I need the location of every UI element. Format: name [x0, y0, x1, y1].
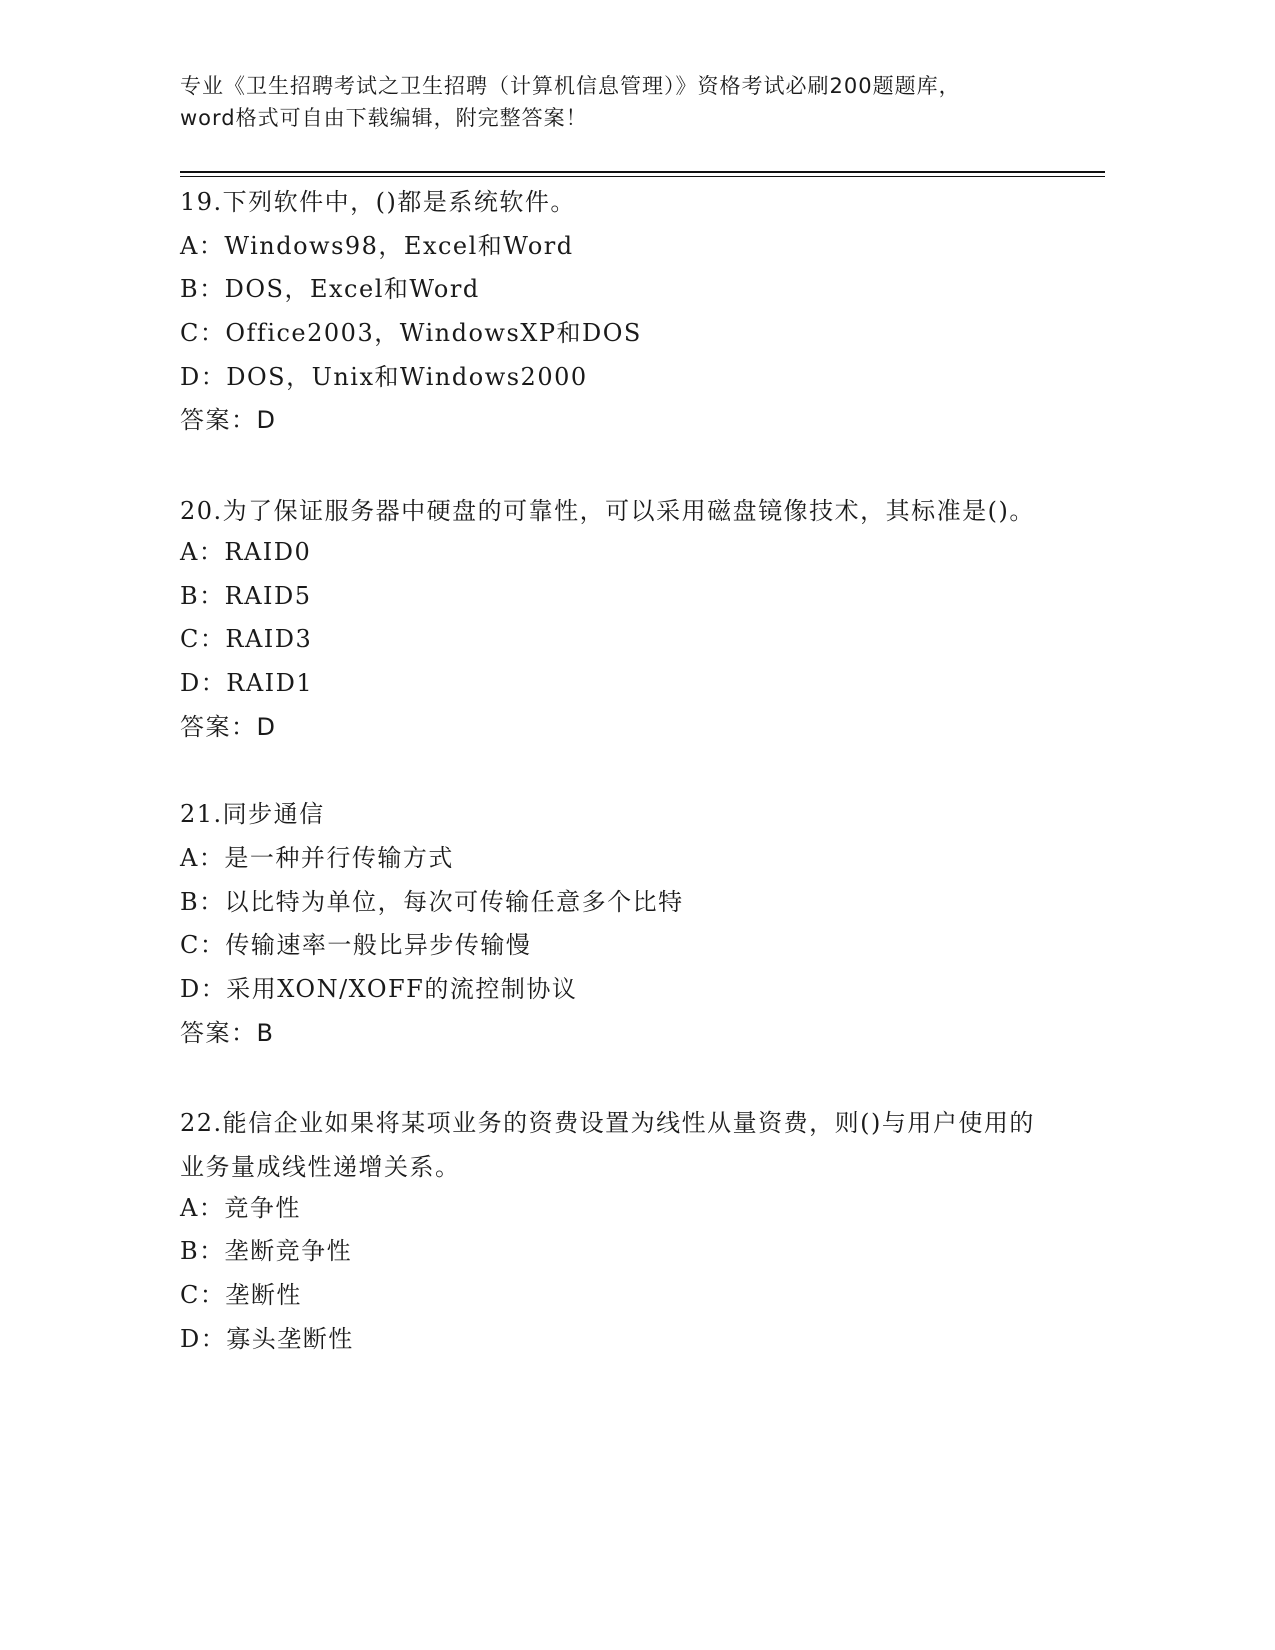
question-text: 能信企业如果将某项业务的资费设置为线性从量资费，则()与用户使用的业务量成线性递… — [180, 1109, 1035, 1181]
option-text: DOS，Excel和Word — [225, 275, 480, 303]
question-text: 同步通信 — [223, 800, 325, 828]
question-list: 19.下列软件中，()都是系统软件。 A：Windows98，Excel和Wor… — [180, 184, 1040, 1365]
question-number: 22. — [180, 1109, 223, 1137]
option-text: Office2003，WindowsXP和DOS — [225, 319, 641, 347]
option-text: RAID3 — [225, 625, 312, 653]
question-22: 22.能信企业如果将某项业务的资费设置为线性从量资费，则()与用户使用的业务量成… — [180, 1102, 1040, 1364]
option-label: A： — [180, 1194, 224, 1222]
option-c: C：垄断性 — [180, 1277, 1040, 1321]
option-text: Windows98，Excel和Word — [224, 232, 573, 260]
option-b: B：垄断竞争性 — [180, 1233, 1040, 1277]
header-divider — [180, 171, 1105, 177]
question-21: 21.同步通信 A：是一种并行传输方式 B：以比特为单位，每次可传输任意多个比特… — [180, 796, 1040, 1058]
option-text: 竞争性 — [224, 1194, 301, 1222]
header-line-2: word格式可自由下载编辑，附完整答案！ — [180, 102, 1040, 134]
question-stem: 20.为了保证服务器中硬盘的可靠性，可以采用磁盘镜像技术，其标准是()。 — [180, 490, 1040, 534]
option-label: C： — [180, 625, 225, 653]
answer: 答案：B — [180, 1015, 1040, 1059]
option-label: D： — [180, 669, 226, 697]
option-c: C：RAID3 — [180, 621, 1040, 665]
option-a: A：RAID0 — [180, 534, 1040, 578]
question-stem: 21.同步通信 — [180, 796, 1040, 840]
option-a: A：Windows98，Excel和Word — [180, 228, 1040, 272]
option-d: D：寡头垄断性 — [180, 1321, 1040, 1365]
option-label: B： — [180, 888, 225, 916]
option-a: A：是一种并行传输方式 — [180, 840, 1040, 884]
option-a: A：竞争性 — [180, 1190, 1040, 1234]
option-text: RAID5 — [225, 582, 312, 610]
option-label: C： — [180, 1281, 225, 1309]
option-label: C： — [180, 319, 225, 347]
option-label: A： — [180, 844, 224, 872]
question-20: 20.为了保证服务器中硬盘的可靠性，可以采用磁盘镜像技术，其标准是()。 A：R… — [180, 490, 1040, 752]
option-text: 垄断竞争性 — [225, 1237, 353, 1265]
option-label: D： — [180, 975, 226, 1003]
option-d: D：RAID1 — [180, 665, 1040, 709]
option-text: 传输速率一般比异步传输慢 — [225, 931, 531, 959]
option-text: 是一种并行传输方式 — [224, 844, 454, 872]
option-text: 垄断性 — [225, 1281, 302, 1309]
question-text: 下列软件中，()都是系统软件。 — [223, 188, 576, 216]
answer: 答案：D — [180, 709, 1040, 753]
question-text: 为了保证服务器中硬盘的可靠性，可以采用磁盘镜像技术，其标准是()。 — [223, 497, 1035, 525]
option-b: B：以比特为单位，每次可传输任意多个比特 — [180, 884, 1040, 928]
question-number: 20. — [180, 497, 223, 525]
option-d: D：采用XON/XOFF的流控制协议 — [180, 971, 1040, 1015]
option-b: B：DOS，Excel和Word — [180, 271, 1040, 315]
option-c: C：传输速率一般比异步传输慢 — [180, 927, 1040, 971]
option-text: DOS，Unix和Windows2000 — [226, 363, 587, 391]
question-number: 21. — [180, 800, 223, 828]
option-text: 采用XON/XOFF的流控制协议 — [226, 975, 577, 1003]
option-b: B：RAID5 — [180, 578, 1040, 622]
option-label: A： — [180, 538, 224, 566]
option-text: 以比特为单位，每次可传输任意多个比特 — [225, 888, 684, 916]
question-stem: 19.下列软件中，()都是系统软件。 — [180, 184, 1040, 228]
option-label: D： — [180, 363, 226, 391]
option-label: A： — [180, 232, 224, 260]
option-text: 寡头垄断性 — [226, 1325, 354, 1353]
spacer — [180, 446, 1040, 490]
header-line-1: 专业《卫生招聘考试之卫生招聘（计算机信息管理）》资格考试必刷200题题库， — [180, 70, 1040, 102]
option-text: RAID1 — [226, 669, 313, 697]
question-19: 19.下列软件中，()都是系统软件。 A：Windows98，Excel和Wor… — [180, 184, 1040, 446]
option-d: D：DOS，Unix和Windows2000 — [180, 359, 1040, 403]
option-label: B： — [180, 582, 225, 610]
answer: 答案：D — [180, 402, 1040, 446]
option-label: B： — [180, 275, 225, 303]
option-label: C： — [180, 931, 225, 959]
spacer — [180, 752, 1040, 796]
option-label: D： — [180, 1325, 226, 1353]
option-label: B： — [180, 1237, 225, 1265]
spacer — [180, 1058, 1040, 1102]
option-text: RAID0 — [224, 538, 311, 566]
document-header: 专业《卫生招聘考试之卫生招聘（计算机信息管理）》资格考试必刷200题题库， wo… — [180, 70, 1040, 134]
question-number: 19. — [180, 188, 223, 216]
option-c: C：Office2003，WindowsXP和DOS — [180, 315, 1040, 359]
question-stem: 22.能信企业如果将某项业务的资费设置为线性从量资费，则()与用户使用的业务量成… — [180, 1102, 1040, 1189]
